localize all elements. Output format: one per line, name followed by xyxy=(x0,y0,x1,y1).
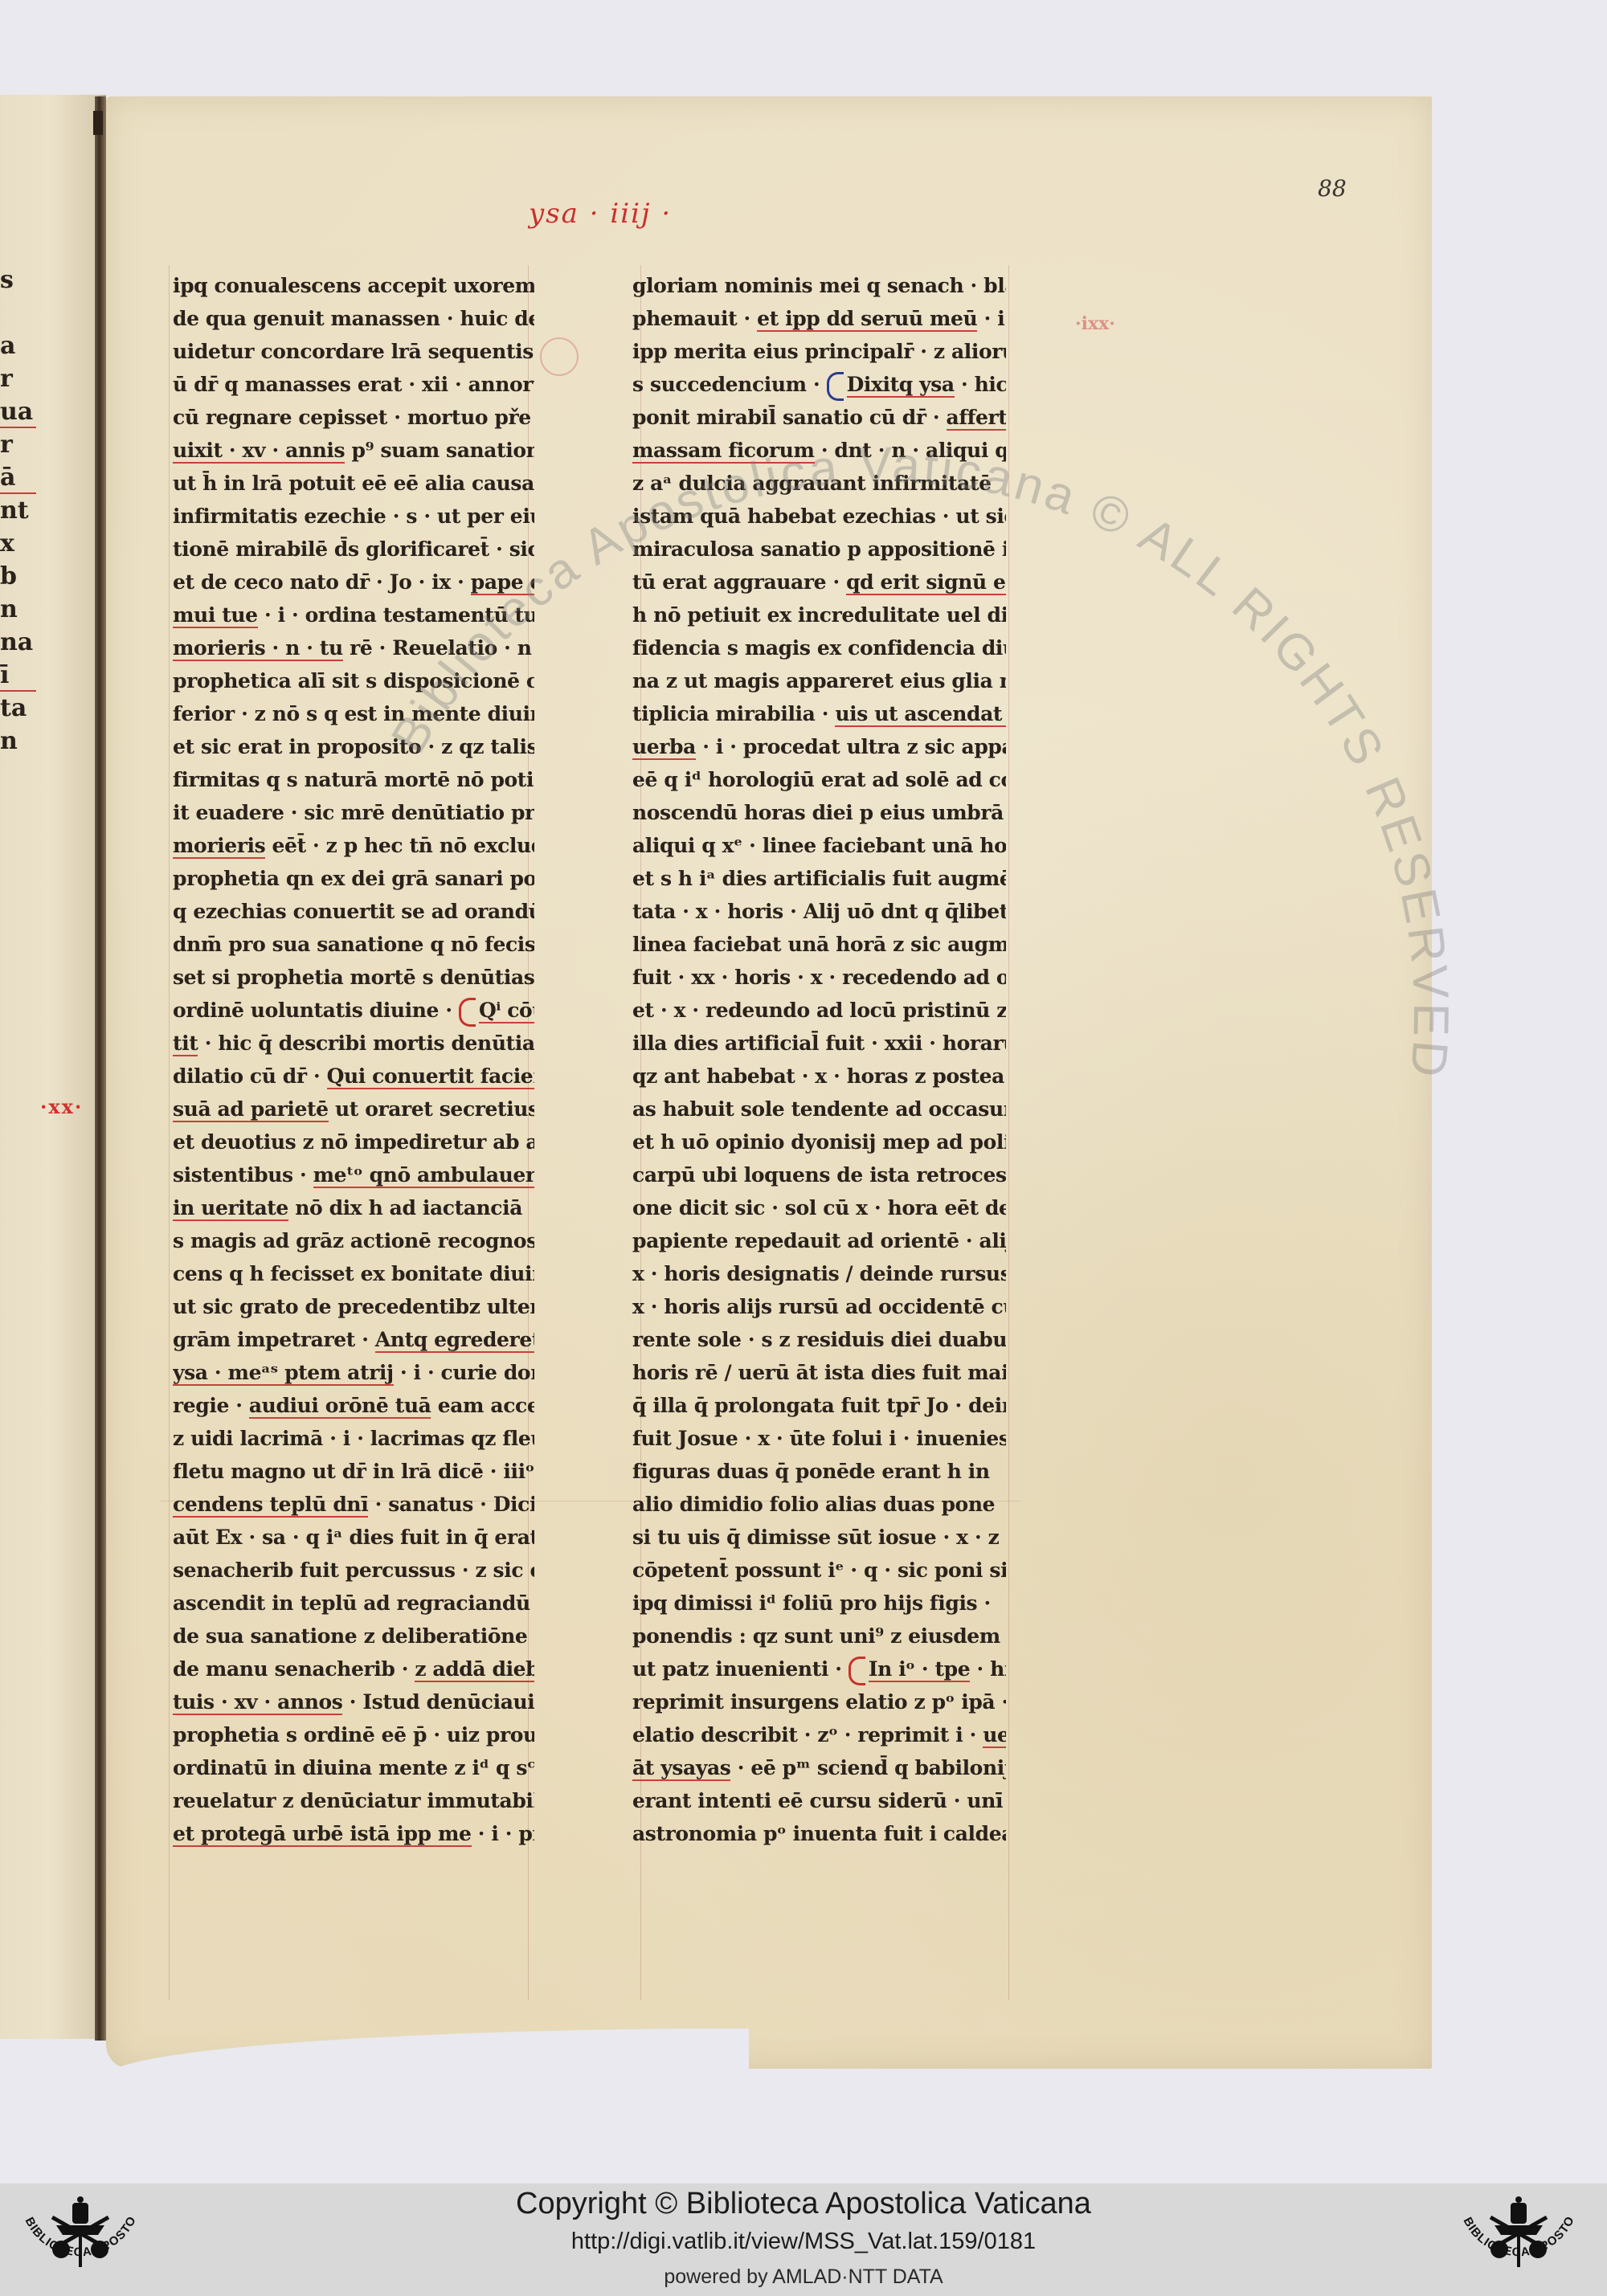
manuscript-line: cōpetent̄ possunt iᵉ · q · sic poni sil xyxy=(632,1554,1006,1587)
line-text: · hic q̄ describi mortis denūtiate xyxy=(198,1032,534,1055)
line-text: aūt Ex · sa · q iᵃ dies fuit in q̄ erat xyxy=(173,1526,534,1549)
rubricated-lemma: āt ysayas xyxy=(632,1756,730,1781)
manuscript-line: ferior · z nō s q est in mente diuina xyxy=(173,697,534,730)
line-text: · hic xyxy=(955,373,1006,396)
rubricated-lemma: afferte xyxy=(947,406,1006,431)
ruling-line xyxy=(1008,265,1009,2000)
manuscript-line: ysa · meᵃˢ ptem atrij · i · curie domi⁹ xyxy=(173,1356,534,1389)
line-text: prophetica alī sit s disposicionē cāz in xyxy=(173,669,534,692)
manuscript-line: et protegā urbē istā ipp me · i · propte… xyxy=(173,1817,534,1850)
manuscript-line: aliqui q xᵉ · linee faciebant unā horā xyxy=(632,829,1006,862)
line-text: illa dies artificial̄ fuit · xxii · hora… xyxy=(632,1032,1006,1055)
line-text: z uidi lacrimā · i · lacrimas qz fleuit xyxy=(173,1427,534,1450)
manuscript-line: uidetur concordare lrā sequentis ē · xyxy=(173,335,534,368)
rubricated-lemma: qd erit signū eē xyxy=(846,570,1006,595)
line-text: fletu magno ut dr̄ in lrā dicē · iiiᵒ · xyxy=(173,1460,534,1483)
manuscript-url[interactable]: http://digi.vatlib.it/view/MSS_Vat.lat.1… xyxy=(0,2229,1607,2255)
rubricated-lemma: morieris · n · tu xyxy=(173,636,343,661)
line-text: si tu uis q̄ dimisse sūt iosue · x · z i… xyxy=(632,1526,1006,1549)
rubricated-lemma: uenit x xyxy=(983,1723,1006,1748)
manuscript-line: massam ficorum · dnt · n · aliqui q fic⁹ xyxy=(632,434,1006,467)
manuscript-line: senacherib fuit percussus · z sic ezech xyxy=(173,1554,534,1587)
rubricated-lemma: Qui conuertit faciem xyxy=(327,1064,534,1089)
manuscript-line: firmitas q s naturā mortē nō poti xyxy=(173,763,534,796)
line-text: uidetur concordare lrā sequentis ē · xyxy=(173,340,534,363)
line-text: eam accepi xyxy=(431,1394,534,1417)
manuscript-line: ordinē uoluntatis diuine · Qⁱ cōu xyxy=(173,994,534,1027)
rubricated-lemma: cendens teplū dnī xyxy=(173,1493,368,1518)
manuscript-line: uixit · xv · annis p⁹ suam sanationē xyxy=(173,434,534,467)
line-text: s magis ad grāz actionē recognos xyxy=(173,1229,534,1252)
manuscript-line: alio dimidio folio alias duas pone xyxy=(632,1488,1006,1521)
line-text: · Istud denūciauit xyxy=(342,1690,534,1714)
manuscript-line: linea faciebat unā horā z sic augmētata xyxy=(632,928,1006,961)
line-text: aliqui q xᵉ · linee faciebant unā horā xyxy=(632,834,1006,857)
powered-by: powered by AMLAD·NTT DATA xyxy=(0,2265,1607,2289)
manuscript-line: fuit Josue · x · ūte folui i · inuenies xyxy=(632,1422,1006,1455)
manuscript-line: miraculosa sanatio p appositionē illius … xyxy=(632,533,1006,566)
line-text: · i · procedat ultra z sic apparet xyxy=(696,735,1006,758)
manuscript-line: elatio describit · zᵒ · reprimit i · uen… xyxy=(632,1718,1006,1751)
line-text: · i · curie domi⁹ xyxy=(394,1361,534,1384)
manuscript-line: s magis ad grāz actionē recognos xyxy=(173,1224,534,1257)
line-text: ponit mirabil̄ sanatio cū dr̄ · xyxy=(632,406,947,429)
line-text: · i · ordina testamentū tuū xyxy=(258,603,534,627)
rubricated-lemma: uerba xyxy=(632,735,696,760)
line-text: senacherib fuit percussus · z sic ezech xyxy=(173,1559,534,1582)
manuscript-line: ipq dimissi iᵈ foliū pro hijs figis · xyxy=(632,1587,1006,1620)
line-text: ordinē uoluntatis diuine · xyxy=(173,999,459,1022)
line-text: one dicit sic · sol cū x · hora eēt deo … xyxy=(632,1196,1006,1219)
manuscript-line: tuis · xv · annos · Istud denūciauit xyxy=(173,1685,534,1718)
rubricated-lemma: tit xyxy=(173,1032,198,1056)
manuscript-line: it euadere · sic mrē denūtiatio prophe xyxy=(173,796,534,829)
manuscript-line: ascendit in teplū ad regraciandū xyxy=(173,1587,534,1620)
rubricated-lemma: massam ficorum xyxy=(632,439,815,464)
facing-text-fragment: n xyxy=(0,593,36,626)
line-text: istam quā habebat ezechias · ut sic fier… xyxy=(632,505,1006,528)
line-text: fuit Josue · x · ūte folui i · inuenies xyxy=(632,1427,1006,1450)
manuscript-line: z uidi lacrimā · i · lacrimas qz fleuit xyxy=(173,1422,534,1455)
manuscript-line: h nō petiuit ex incredulitate uel dif xyxy=(632,599,1006,631)
paragraph-mark-icon xyxy=(827,372,844,401)
rubricated-lemma: In iᵒ · tpe xyxy=(869,1657,970,1682)
manuscript-line: q̄ illa q̄ prolongata fuit tpr̄ Jo · dei… xyxy=(632,1389,1006,1422)
line-text: fuit · xx · horis · x · recedendo ad ori… xyxy=(632,966,1006,989)
manuscript-line: x · horis alijs rursū ad occidentē cur xyxy=(632,1290,1006,1323)
line-text: ponendis : qz sunt uni⁹ z eiusdem mᵉ · xyxy=(632,1624,1006,1648)
manuscript-line: morieris eēt̄ · z p hec tn̄ nō excludit xyxy=(173,829,534,862)
line-text: de qua genuit manassen · huic deō xyxy=(173,307,534,330)
facing-text-fragment: a xyxy=(0,329,36,362)
line-text: de sua sanatione z deliberatiōne ipsius … xyxy=(173,1624,534,1648)
facing-text-fragment: n xyxy=(0,725,36,758)
line-text: tata · x · horis · Alij uō dnt q q̄libet xyxy=(632,900,1006,923)
manuscript-line: dilatio cū dr̄ · Qui conuertit faciem xyxy=(173,1060,534,1093)
line-text: as habuit sole tendente ad occasum xyxy=(632,1097,1006,1121)
manuscript-line: s succedencium · Dixitq ysa · hic xyxy=(632,368,1006,401)
rubricated-lemma: et ipp dd seruū meū xyxy=(757,307,977,332)
line-text: z aᵃ dulcia aggrauant infirmitatē xyxy=(632,472,992,495)
line-text: q̄ illa q̄ prolongata fuit tpr̄ Jo · dei… xyxy=(632,1394,1006,1417)
manuscript-line: cens q h fecisset ex bonitate diuina · xyxy=(173,1257,534,1290)
manuscript-line: papiente repedauit ad orientē · alijs xyxy=(632,1224,1006,1257)
facing-text-fragment: nt xyxy=(0,494,36,527)
manuscript-line: qz ant habebat · x · horas z postea du xyxy=(632,1060,1006,1093)
line-text: x · horis alijs rursū ad occidentē cur xyxy=(632,1295,1006,1318)
line-text: · eē pᵐ sciend̄ q babilonij xyxy=(730,1756,1006,1779)
manuscript-line: grām impetraret · Antq egrederet xyxy=(173,1323,534,1356)
manuscript-line: erant intenti eē cursu siderū · unī et xyxy=(632,1784,1006,1817)
manuscript-line: z aᵃ dulcia aggrauant infirmitatē xyxy=(632,467,1006,500)
rubricated-lemma: audiui orōnē tuā xyxy=(249,1394,431,1419)
line-text: figuras duas q̄ ponēde erant h in xyxy=(632,1460,990,1483)
line-text: p⁹ suam sanationē xyxy=(345,439,534,462)
manuscript-line: ordinatū in diuina mente z iᵈ q sᶜ xyxy=(173,1751,534,1784)
folio-number: 88 xyxy=(1318,175,1347,202)
manuscript-line: illa dies artificial̄ fuit · xxii · hora… xyxy=(632,1027,1006,1060)
margin-note: ·ixx· xyxy=(1075,313,1115,334)
line-text: ū dr̄ q manasses erat · xii · annorum xyxy=(173,373,534,396)
line-text: reuelatur z denūciatur immutabilr̄ imple xyxy=(173,1789,534,1812)
line-text: · i · propter xyxy=(472,1822,535,1845)
manuscript-line: ipq conualescens accepit uxorem · xyxy=(173,269,534,302)
rubricated-lemma: Dixitq ysa xyxy=(847,373,955,398)
rubricated-lemma: ysa · meᵃˢ ptem atrij xyxy=(173,1361,394,1386)
manuscript-line: āt ysayas · eē pᵐ sciend̄ q babilonij xyxy=(632,1751,1006,1784)
line-text: cens q h fecisset ex bonitate diuina · xyxy=(173,1262,534,1285)
line-text: astronomia pᵒ inuenta fuit i caldea xyxy=(632,1822,1006,1845)
facing-text-fragment: s xyxy=(0,264,36,296)
line-text: ut sic grato de precedentibz ulteriorem xyxy=(173,1295,534,1318)
manuscript-line: mui tue · i · ordina testamentū tuū xyxy=(173,599,534,631)
ruling-line xyxy=(169,265,170,2000)
manuscript-line: horis rē / uerū āt ista dies fuit maior xyxy=(632,1356,1006,1389)
line-text: · sanatus · Dicit xyxy=(368,1493,534,1516)
line-text: ut oraret secretius xyxy=(329,1097,534,1121)
line-text: carpū ubi loquens de ista retrocessi xyxy=(632,1163,1006,1187)
manuscript-line: et de ceco nato dr̄ · Jo · ix · pape do xyxy=(173,566,534,599)
line-text: cū regnare cepisset · mortuo pře · xyxy=(173,406,534,429)
line-text: ut patz inuenienti · xyxy=(632,1657,848,1681)
line-text: eēt̄ · z p hec tn̄ nō excludit xyxy=(265,834,534,857)
facing-text-fragment: r xyxy=(0,428,36,461)
line-text: ipq conualescens accepit uxorem · xyxy=(173,274,534,297)
line-text: horis rē / uerū āt ista dies fuit maior xyxy=(632,1361,1006,1384)
line-text: ut h̄ in lrā potuit eē eē alia causa xyxy=(173,472,534,495)
manuscript-line: uerba · i · procedat ultra z sic apparet xyxy=(632,730,1006,763)
facing-text-fragment: ī xyxy=(0,659,36,692)
line-text: et de ceco nato dr̄ · Jo · ix · xyxy=(173,570,471,594)
manuscript-line: fuit · xx · horis · x · recedendo ad ori… xyxy=(632,961,1006,994)
line-text: de manu senacherib · xyxy=(173,1657,415,1681)
manuscript-line: morieris · n · tu rē · Reuelatio · n · x xyxy=(173,631,534,664)
manuscript-line: ipp merita eius principalr̄ · z aliorum … xyxy=(632,335,1006,368)
line-text: miraculosa sanatio p appositionē illius … xyxy=(632,537,1006,561)
line-text: et · x · redeundo ad locū pristinū z sic xyxy=(632,999,1006,1022)
facing-text-fragment: ta xyxy=(0,692,36,725)
manuscript-line: fidencia s magis ex confidencia diui xyxy=(632,631,1006,664)
manuscript-line: tionē mirabilē d̄s glorificaret̄ · sic xyxy=(173,533,534,566)
rubricated-lemma: mui tue xyxy=(173,603,258,628)
manuscript-line: ut sic grato de precedentibz ulteriorem xyxy=(173,1290,534,1323)
manuscript-line: et sic erat in proposito · z qz talis er… xyxy=(173,730,534,763)
line-text: prophetia s ordinē eē p̄ · uiz prout era… xyxy=(173,1723,534,1747)
facing-text-fragment: ā xyxy=(0,461,36,494)
manuscript-line: noscendū horas diei p eius umbrā : z dnt xyxy=(632,796,1006,829)
manuscript-line: phemauit · et ipp dd seruū meū · i · xyxy=(632,302,1006,335)
manuscript-line: infirmitatis ezechie · s · ut per eius s… xyxy=(173,500,534,533)
line-text: dilatio cū dr̄ · xyxy=(173,1064,327,1088)
rubricated-lemma: morieris xyxy=(173,834,265,859)
manuscript-line: de sua sanatione z deliberatiōne ipsius … xyxy=(173,1620,534,1653)
line-text: set si prophetia mortē s denūtiasset scd… xyxy=(173,966,534,989)
line-text: q ezechias conuertit se ad orandū xyxy=(173,900,534,923)
facing-text-fragment: na xyxy=(0,626,36,659)
rubricated-lemma: meᵗᵒ qnō ambulauerim xyxy=(313,1163,534,1188)
line-text: · hic q̄ xyxy=(970,1657,1006,1681)
manuscript-line: gloriam nominis mei q senach · blas xyxy=(632,269,1006,302)
manuscript-line: et s h iᵃ dies artificialis fuit augmē xyxy=(632,862,1006,895)
rubricated-lemma: suā ad parietē xyxy=(173,1097,329,1122)
book-spine-gutter xyxy=(95,96,106,2041)
rubricated-lemma: et protegā urbē istā ipp me xyxy=(173,1822,472,1847)
manuscript-line: sistentibus · meᵗᵒ qnō ambulauerim xyxy=(173,1158,534,1191)
line-text: elatio describit · zᵒ · reprimit i · xyxy=(632,1723,983,1747)
line-text: et s h iᵃ dies artificialis fuit augmē xyxy=(632,867,1006,890)
manuscript-line: reprimit insurgens elatio z pᵒ ipā · xyxy=(632,1685,1006,1718)
manuscript-line: ut patz inuenienti · In iᵒ · tpe · hic q… xyxy=(632,1653,1006,1685)
line-text: it euadere · sic mrē denūtiatio prophe xyxy=(173,801,534,824)
facing-text-fragment: ua xyxy=(0,395,36,428)
manuscript-line: fletu magno ut dr̄ in lrā dicē · iiiᵒ · … xyxy=(173,1455,534,1488)
footer-bar: BIBLIOTECA APOSTOLICA VATICANA BIBLIOTEC… xyxy=(0,2184,1607,2296)
line-text: noscendū horas diei p eius umbrā : z dnt xyxy=(632,801,1006,824)
library-stamp-icon xyxy=(540,337,579,376)
line-text: papiente repedauit ad orientē · alijs xyxy=(632,1229,1006,1252)
rubricated-lemma: uixit · xv · annis xyxy=(173,439,345,464)
line-text: rē · Reuelatio · n · x xyxy=(343,636,534,660)
image-viewer[interactable]: saruarāntxbnnaītan ·xx· 88 ysa · iiij · … xyxy=(0,0,1607,2184)
manuscript-line: prophetica alī sit s disposicionē cāz in xyxy=(173,664,534,697)
line-text: linea faciebat unā horā z sic augmētata xyxy=(632,933,1006,956)
manuscript-line: reuelatur z denūciatur immutabilr̄ imple xyxy=(173,1784,534,1817)
line-text: tū erat aggrauare · xyxy=(632,570,846,594)
manuscript-line: q ezechias conuertit se ad orandū xyxy=(173,895,534,928)
line-text: regie · xyxy=(173,1394,249,1417)
manuscript-line: suā ad parietē ut oraret secretius xyxy=(173,1093,534,1126)
facing-text-fragment xyxy=(0,296,36,329)
facing-text-fragment: x xyxy=(0,527,36,560)
line-text: s succedencium · xyxy=(632,373,827,396)
line-text: infirmitatis ezechie · s · ut per eius s… xyxy=(173,505,534,528)
line-text: sistentibus · xyxy=(173,1163,313,1187)
line-text: ascendit in teplū ad regraciandū xyxy=(173,1591,530,1615)
line-text: phemauit · xyxy=(632,307,757,330)
line-text: nō dix h ad iactanciā xyxy=(288,1196,522,1219)
manuscript-line: cū regnare cepisset · mortuo pře · qui xyxy=(173,401,534,434)
manuscript-line: aūt Ex · sa · q iᵃ dies fuit in q̄ erat xyxy=(173,1521,534,1554)
manuscript-line: si tu uis q̄ dimisse sūt iosue · x · z i… xyxy=(632,1521,1006,1554)
manuscript-line: cendens teplū dnī · sanatus · Dicit xyxy=(173,1488,534,1521)
facing-text-fragment: b xyxy=(0,560,36,593)
manuscript-line: tata · x · horis · Alij uō dnt q q̄libet xyxy=(632,895,1006,928)
facing-page-text-fragments: saruarāntxbnnaītan xyxy=(0,264,36,758)
manuscript-line: dnm̄ pro sua sanatione q nō fecis xyxy=(173,928,534,961)
manuscript-line: carpū ubi loquens de ista retrocessi xyxy=(632,1158,1006,1191)
manuscript-line: tit · hic q̄ describi mortis denūtiate xyxy=(173,1027,534,1060)
line-text: dnm̄ pro sua sanatione q nō fecis xyxy=(173,933,534,956)
spine-tab xyxy=(93,111,103,135)
manuscript-line: istam quā habebat ezechias · ut sic fier… xyxy=(632,500,1006,533)
line-text: ipq dimissi iᵈ foliū pro hijs figis · xyxy=(632,1591,991,1615)
manuscript-line: ū dr̄ q manasses erat · xii · annorum xyxy=(173,368,534,401)
manuscript-line: rente sole · s z residuis diei duabus xyxy=(632,1323,1006,1356)
line-text: rente sole · s z residuis diei duabus xyxy=(632,1328,1006,1351)
manuscript-line: eē q iᵈ horologiū erat ad solē ad cog xyxy=(632,763,1006,796)
line-text: et sic erat in proposito · z qz talis er… xyxy=(173,735,534,758)
manuscript-line: in ueritate nō dix h ad iactanciā xyxy=(173,1191,534,1224)
manuscript-line: de manu senacherib · z addā dieb xyxy=(173,1653,534,1685)
line-text: alio dimidio folio alias duas pone xyxy=(632,1493,995,1516)
line-text: ferior · z nō s q est in mente diuina xyxy=(173,702,534,725)
line-text: x · horis designatis / deinde rursus xyxy=(632,1262,1006,1285)
line-text: na z ut magis appareret eius glia mul xyxy=(632,669,1006,692)
line-text: tionē mirabilē d̄s glorificaret̄ · sic xyxy=(173,537,534,561)
manuscript-line: astronomia pᵒ inuenta fuit i caldea xyxy=(632,1817,1006,1850)
line-text: grām impetraret · xyxy=(173,1328,375,1351)
manuscript-line: as habuit sole tendente ad occasum xyxy=(632,1093,1006,1126)
text-column-right: gloriam nominis mei q senach · blasphema… xyxy=(632,269,1006,1850)
running-head: ysa · iiij · xyxy=(529,198,672,230)
manuscript-line: tū erat aggrauare · qd erit signū eē xyxy=(632,566,1006,599)
paragraph-mark-icon xyxy=(848,1657,865,1685)
rubricated-lemma: tuis · xv · annos xyxy=(173,1690,342,1715)
manuscript-line: na z ut magis appareret eius glia mul xyxy=(632,664,1006,697)
rubricated-lemma: in ueritate xyxy=(173,1196,288,1221)
line-text: h nō petiuit ex incredulitate uel dif xyxy=(632,603,1006,627)
manuscript-line: et deuotius z nō impediretur ab as xyxy=(173,1126,534,1158)
line-text: eē q iᵈ horologiū erat ad solē ad cog xyxy=(632,768,1006,791)
rubricated-lemma: Qⁱ cōu xyxy=(479,999,534,1023)
copyright-notice: Copyright © Biblioteca Apostolica Vatica… xyxy=(0,2187,1607,2221)
facing-text-fragment: r xyxy=(0,362,36,395)
rubricated-lemma: uis ut ascendat x xyxy=(835,702,1006,727)
manuscript-line: one dicit sic · sol cū x · hora eēt deo … xyxy=(632,1191,1006,1224)
text-column-left: ipq conualescens accepit uxorem ·de qua … xyxy=(173,269,534,1850)
manuscript-line: tiplicia mirabilia · uis ut ascendat x xyxy=(632,697,1006,730)
rubricated-lemma: Antq egrederet xyxy=(375,1328,534,1353)
paragraph-mark-icon xyxy=(459,998,476,1027)
line-text: ipp merita eius principalr̄ · z aliorum … xyxy=(632,340,1006,363)
manuscript-line: figuras duas q̄ ponēde erant h in xyxy=(632,1455,1006,1488)
line-text: ordinatū in diuina mente z iᵈ q sᶜ xyxy=(173,1756,534,1779)
line-text: · dnt · n · aliqui q fic⁹ xyxy=(815,439,1006,462)
facing-page: saruarāntxbnnaītan ·xx· xyxy=(0,95,106,2039)
line-text: reprimit insurgens elatio z pᵒ ipā · xyxy=(632,1690,1006,1714)
line-text: et deuotius z nō impediretur ab as xyxy=(173,1130,534,1154)
manuscript-line: ponit mirabil̄ sanatio cū dr̄ · afferte xyxy=(632,401,1006,434)
line-text: gloriam nominis mei q senach · blas xyxy=(632,274,1006,297)
manuscript-line: ut h̄ in lrā potuit eē eē alia causa xyxy=(173,467,534,500)
manuscript-line: x · horis designatis / deinde rursus xyxy=(632,1257,1006,1290)
line-text: prophetia qn ex dei grā sanari posset · … xyxy=(173,867,534,890)
line-text: tiplicia mirabilia · xyxy=(632,702,835,725)
manuscript-line: ponendis : qz sunt uni⁹ z eiusdem mᵉ · xyxy=(632,1620,1006,1653)
manuscript-line: set si prophetia mortē s denūtiasset scd… xyxy=(173,961,534,994)
manuscript-line: regie · audiui orōnē tuā eam accepi xyxy=(173,1389,534,1422)
line-text: · i · xyxy=(977,307,1006,330)
manuscript-line: de qua genuit manassen · huic deō xyxy=(173,302,534,335)
line-text: qz ant habebat · x · horas z postea du xyxy=(632,1064,1006,1088)
line-text: cōpetent̄ possunt iᵉ · q · sic poni sil xyxy=(632,1559,1006,1582)
manuscript-line: et · x · redeundo ad locū pristinū z sic xyxy=(632,994,1006,1027)
manuscript-line: prophetia qn ex dei grā sanari posset · … xyxy=(173,862,534,895)
rubricated-lemma: pape do xyxy=(471,570,534,595)
manuscript-line: prophetia s ordinē eē p̄ · uiz prout era… xyxy=(173,1718,534,1751)
line-text: firmitas q s naturā mortē nō poti xyxy=(173,768,534,791)
facing-margin-note: ·xx· xyxy=(40,1095,83,1118)
manuscript-line: et h uō opinio dyonisij mep ad poli xyxy=(632,1126,1006,1158)
line-text: et h uō opinio dyonisij mep ad poli xyxy=(632,1130,1006,1154)
rubricated-lemma: z addā dieb xyxy=(415,1657,534,1682)
line-text: erant intenti eē cursu siderū · unī et xyxy=(632,1789,1006,1812)
line-text: fidencia s magis ex confidencia diui xyxy=(632,636,1006,660)
